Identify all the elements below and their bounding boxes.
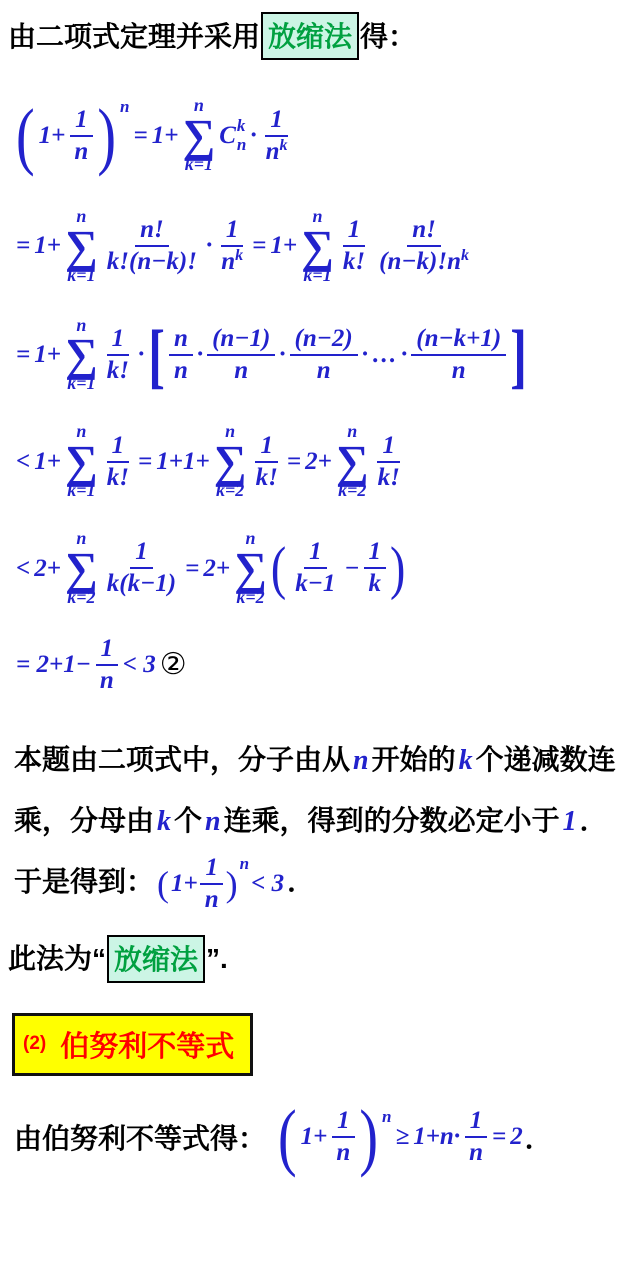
method-pre-text: 此法为“ [8,939,106,978]
left-paren: ( [271,538,286,598]
right-paren: ) [97,98,116,174]
equals-sign: = [252,232,266,260]
equation-6: = 2+1− 1 n < 3 ② [14,634,630,696]
summation: n ∑ k=2 [336,422,369,501]
exponent-n: n [382,1108,391,1125]
fraction-n-1: (n−1) n [207,324,275,386]
explanation-paragraph: 本题由二项式中，分子由从n开始的k个递减数连乘，分母由k个n连乘，得到的分数必定… [14,730,626,915]
ellipsis: … [372,341,397,369]
fraction-n-2: (n−2) n [290,324,358,386]
fraction-1-over-n: 1 n [331,1106,355,1168]
comb-base: C [219,122,236,150]
comb-scripts: k n [237,117,246,154]
sigma-icon: ∑ [65,442,98,481]
denominator: k!(n−k)! [102,247,202,277]
fraction-1-over-n: 1 n [69,105,93,167]
equals-sign: = [138,448,152,476]
denominator: k! [102,463,134,493]
right-paren: ) [359,1099,378,1175]
fraction-1-over-n: 1n [200,853,224,915]
bernoulli-line: 由伯努利不等式得： ( 1+ 1 n ) n ≥ 1+n· 1 n = 2 ． [14,1106,630,1168]
equation-2: = 1+ n ∑ k=1 n! k!(n−k)! · 1 nk = 1+ n ∑… [14,207,630,286]
denominator: n [169,356,193,386]
inline-formula: (1+1n)n< 3 [156,853,285,915]
cdot-operator: · [206,232,212,260]
minus-sign: − [344,555,359,583]
bernoulli-label: 由伯努利不等式得： [14,1117,266,1157]
intro-post-text: 得： [360,17,416,56]
equation-5: < 2+ n ∑ k=2 1 k(k−1) = 2+ n ∑ k=2 ( 1 k… [14,529,630,608]
numerator: 1 [130,537,153,569]
fraction-1-over-kfact: 1 k! [338,215,370,277]
var-n: n [202,806,224,837]
intro-pre-text: 由二项式定理并采用 [8,17,260,56]
sum-lower-limit: k=1 [67,374,95,394]
left-paren: ( [16,98,35,174]
var-k: k [456,745,476,776]
numerator: (n−1) [207,324,275,356]
para-text: 本题由二项式中，分子由从 [14,744,350,775]
sigma-icon: ∑ [214,442,247,481]
sum-lower-limit: k=1 [185,155,213,175]
sum-lower-limit: k=1 [67,481,95,501]
para-text: 个 [174,805,202,836]
summation: n ∑ k=1 [65,207,98,286]
numerator: 1 [377,431,400,463]
numerator: 1 [70,105,93,137]
fraction-1-over-kfact: 1 k! [102,431,134,493]
denominator: k! [102,356,134,386]
sum-lower-limit: k=1 [303,266,331,286]
denominator: k! [338,247,370,277]
math-term: 1+ [34,448,61,476]
fraction-1-over-kfact: 1 k! [251,431,283,493]
binomial-coefficient: C k n [219,117,246,154]
denominator: n [464,1138,488,1168]
var-n: n [350,745,372,776]
fraction-1-over-k-1: 1 k−1 [290,537,340,599]
equation-3: = 1+ n ∑ k=1 1 k! · [ n n · (n−1) n · (n… [14,316,630,395]
summation: n ∑ k=1 [65,316,98,395]
equals-sign: = [492,1123,506,1151]
math-term: 1+ [152,122,179,150]
comb-sup: k [237,117,246,136]
right-paren: ) [390,538,405,598]
fraction-1-over-n: 1 n [95,634,119,696]
equals-sign: = [185,555,199,583]
sigma-icon: ∑ [65,335,98,374]
summation: n ∑ k=1 [65,422,98,501]
denominator: n [69,137,93,167]
exponent-n: n [120,98,129,115]
math-term: 1+ [270,232,297,260]
den-exponent: k [235,247,243,264]
bernoulli-formula: ( 1+ 1 n ) n ≥ 1+n· 1 n = 2 [276,1106,525,1168]
var-k: k [154,806,174,837]
highlight-scaling-method: 放缩法 [107,935,205,983]
math-term: < 3 [251,857,284,911]
den-base: n [266,138,280,165]
math-term: 2+ [34,555,61,583]
math-term: 1+1+ [156,448,210,476]
sum-lower-limit: k=2 [338,481,366,501]
less-than-sign: < [16,555,30,583]
fraction-1-over-nk: 1 nk [216,215,248,277]
sum-lower-limit: k=2 [236,588,264,608]
fraction-factorial: n! k!(n−k)! [102,215,202,277]
cdot-operator: · [362,341,368,369]
cdot-operator: · [250,122,256,150]
math-term: < 3 [123,651,156,679]
denominator: n [331,1138,355,1168]
numerator: 1 [332,1106,355,1138]
math-term: 2+ [203,555,230,583]
denominator: k [364,569,387,599]
math-term: 2+ [305,448,332,476]
equation-4: < 1+ n ∑ k=1 1 k! = 1+1+ n ∑ k=2 1 k! = … [14,422,630,501]
equals-sign: = [16,232,30,260]
fraction-n-k-1: (n−k+1) n [411,324,506,386]
fraction-n-over-n: n n [169,324,193,386]
numerator: 1 [343,215,366,247]
summation: n ∑ k=1 [301,207,334,286]
left-bracket: [ [148,319,165,392]
summation: n ∑ k=2 [214,422,247,501]
numerator: 1 [200,853,223,885]
numerator: (n−k+1) [411,324,506,356]
method-post-text: ”. [206,939,228,978]
numerator: n [169,324,193,356]
numerator: 1 [221,215,244,247]
numerator: n! [135,215,169,247]
math-term: 1+ [34,341,61,369]
denominator: n [200,885,224,915]
section-title: 伯努利不等式 [60,1024,234,1065]
geq-sign: ≥ [395,1123,409,1151]
den-base: n [221,248,235,275]
section-2-heading: (2) 伯努利不等式 [12,1013,253,1076]
denominator: n [95,666,119,696]
denominator: n [312,356,336,386]
math-term: = 2+1− [16,651,91,679]
sigma-icon: ∑ [234,549,267,588]
section-2-heading-wrap: (2) 伯努利不等式 [8,1013,630,1076]
para-text: 连乘，得到的分数必定小于 [224,805,560,836]
equation-1: ( 1+ 1 n ) n = 1+ n ∑ k=1 C k n · 1 nk [14,96,630,175]
numerator: (n−2) [290,324,358,356]
numerator: 1 [107,431,130,463]
denominator: k! [251,463,283,493]
cdot-operator: · [138,341,144,369]
method-name-line: 此法为“ 放缩法 ”. [8,935,630,983]
comb-sub: n [237,136,246,155]
var-one: 1 [560,806,580,837]
section-number: (2) [23,1033,46,1055]
para-text: ． [287,866,315,897]
math-term: 1+ [34,232,61,260]
right-bracket: ] [510,319,527,392]
denominator: k(k−1) [102,569,181,599]
fraction-1-over-k: 1 k [364,537,387,599]
sigma-icon: ∑ [65,549,98,588]
numerator: 1 [465,1106,488,1138]
math-term: 2 [510,1123,523,1151]
highlight-scaling-method: 放缩法 [261,12,359,60]
numerator: 1 [304,537,327,569]
equals-sign: = [287,448,301,476]
sigma-icon: ∑ [182,116,215,155]
denominator: n [447,356,471,386]
math-term: 1+ [301,1123,328,1151]
denominator: nk [261,137,293,167]
fraction-telescoping: 1 k(k−1) [102,537,181,599]
numerator: n! [407,215,441,247]
numerator: 1 [107,324,130,356]
summation: n ∑ k=2 [234,529,267,608]
denominator: k−1 [290,569,340,599]
numerator: 1 [96,634,119,666]
left-paren: ( [278,1099,297,1175]
sum-lower-limit: k=2 [67,588,95,608]
cdot-operator: · [197,341,203,369]
math-term: 1+ [39,122,66,150]
sentence-period: ． [525,1117,553,1157]
para-text: 开始的 [372,744,456,775]
denominator: nk [216,247,248,277]
right-paren: ) [226,866,238,902]
fraction-1-over-kfact: 1 k! [373,431,405,493]
fraction-1-over-n: 1 n [464,1106,488,1168]
den-exponent: k [280,137,288,154]
numerator: 1 [265,105,288,137]
equals-sign: = [16,341,30,369]
denominator: (n−k)!nk [374,247,474,277]
math-document-page: 由二项式定理并采用 放缩法 得： ( 1+ 1 n ) n = 1+ n ∑ k… [0,0,640,1168]
sum-lower-limit: k=1 [67,266,95,286]
summation: n ∑ k=1 [182,96,215,175]
denominator: k! [373,463,405,493]
fraction-1-over-nk: 1 nk [261,105,293,167]
circled-two-label: ② [160,648,187,681]
intro-line: 由二项式定理并采用 放缩法 得： [8,12,630,60]
sigma-icon: ∑ [336,442,369,481]
cdot-operator: · [279,341,285,369]
fraction-1-over-kfact: 1 k! [102,324,134,386]
fraction-factorial-nk: n! (n−k)!nk [374,215,474,277]
sigma-icon: ∑ [65,227,98,266]
sigma-icon: ∑ [301,227,334,266]
numerator: 1 [364,537,387,569]
numerator: 1 [255,431,278,463]
math-term: 1+n· [413,1123,460,1151]
equals-sign: = [133,122,147,150]
denominator: n [229,356,253,386]
den-exponent: k [461,247,469,264]
less-than-sign: < [16,448,30,476]
summation: n ∑ k=2 [65,529,98,608]
left-paren: ( [157,866,169,902]
sum-lower-limit: k=2 [216,481,244,501]
den-base: (n−k)!n [379,248,461,275]
exponent-n: n [240,855,249,872]
cdot-operator: · [401,341,407,369]
math-term: 1+ [171,857,198,911]
